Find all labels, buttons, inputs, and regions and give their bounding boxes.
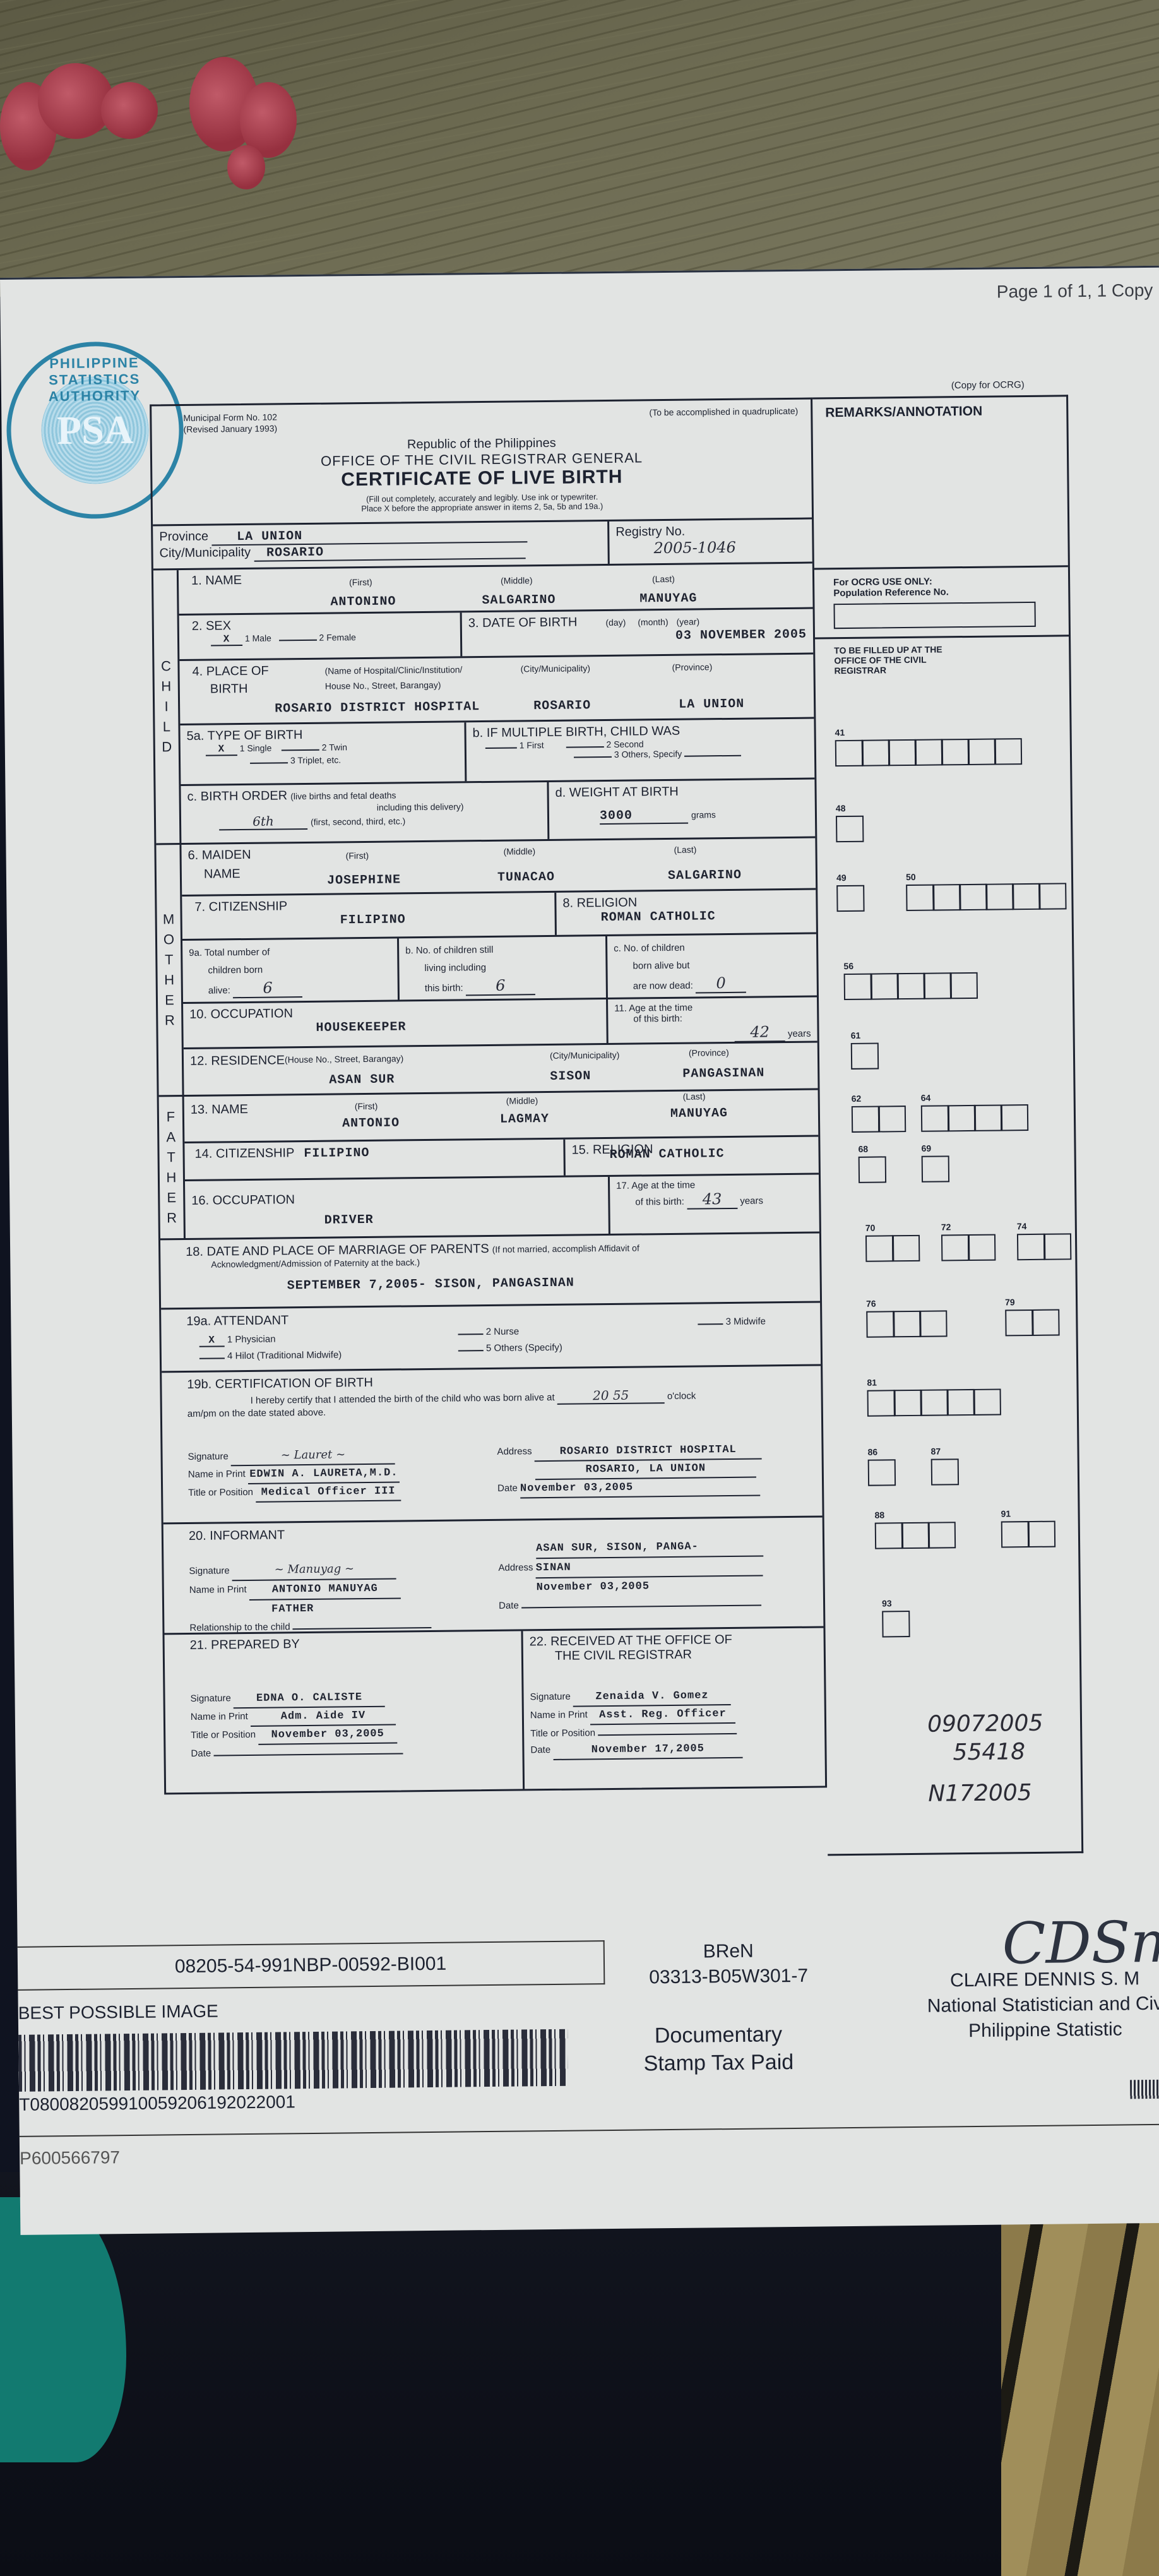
divider [20, 2124, 1159, 2137]
code-cell[interactable] [919, 1310, 947, 1337]
father-occupation-row: 16. OCCUPATION DRIVER 17. Age at the tim… [185, 1174, 819, 1238]
signer-org: Philippine Statistic [927, 2017, 1159, 2044]
code-group-91: 91 [1001, 1508, 1055, 1548]
code-cell[interactable] [906, 885, 934, 911]
triplet-checkbox[interactable] [250, 762, 288, 764]
city-label: City/Municipality [159, 546, 251, 561]
code-cell[interactable] [1005, 1309, 1033, 1336]
mother-residence-row: 12. RESIDENCE (House No., Street, Barang… [184, 1043, 818, 1095]
mother-religion-field[interactable]: ROMAN CATHOLIC [563, 909, 810, 926]
code-group-41: 41 [835, 725, 1021, 766]
registrar-fill-label: TO BE FILLED UP AT THE OFFICE OF THE CIV… [815, 636, 1069, 682]
child-section: CHILD 1. NAME (First) (Middle) (Last) AN… [153, 564, 815, 845]
code-cell[interactable] [852, 1106, 879, 1132]
code-cell[interactable] [985, 883, 1013, 910]
prepared-by-name-field[interactable]: EDNA O. CALISTE [234, 1690, 385, 1709]
received-date-field[interactable]: November 17,2005 [553, 1741, 742, 1760]
registry-number[interactable]: 2005-1046 [615, 538, 805, 558]
informant-relationship-field[interactable]: FATHER [271, 1603, 314, 1616]
code-cell[interactable] [1043, 1233, 1071, 1260]
wooden-table-background [0, 0, 1159, 297]
code-cell[interactable] [836, 885, 864, 912]
code-cell[interactable] [844, 974, 872, 1000]
signer-block: CLAIRE DENNIS S. M National Statistician… [927, 1966, 1159, 2044]
father-citizenship-field[interactable]: FILIPINO [304, 1146, 369, 1161]
birth-order-label: c. BIRTH ORDER [187, 789, 288, 804]
father-last-name[interactable]: MANUYAG [670, 1106, 728, 1121]
code-cell[interactable] [851, 1042, 879, 1069]
mother-last-name[interactable]: SALGARINO [668, 868, 742, 883]
handwritten-note: 09072005 [927, 1710, 1043, 1738]
code-cell[interactable] [974, 1104, 1002, 1131]
code-group-68: 68 [858, 1143, 885, 1183]
code-cell[interactable] [866, 1311, 894, 1337]
single-birth-checkbox[interactable]: X [206, 743, 237, 756]
code-group-70: 70 [865, 1222, 919, 1262]
hilot-checkbox[interactable] [199, 1357, 225, 1359]
informant-address-field[interactable]: ASAN SUR, SISON, PANGA- [536, 1537, 763, 1559]
mother-occupation-row: 10. OCCUPATION HOUSEKEEPER 11. Age at th… [183, 998, 817, 1050]
physician-checkbox[interactable]: X [199, 1334, 225, 1347]
child-first-name[interactable]: ANTONINO [330, 594, 396, 609]
page-count: Page 1 of 1, 1 Copy [997, 280, 1153, 302]
bren-block: BReN 03313-B05W301-7 [649, 1938, 809, 1991]
code-number: 79 [1005, 1297, 1058, 1308]
dob-label: 3. DATE OF BIRTH [468, 615, 578, 630]
barcode-icon [1130, 2080, 1159, 2099]
code-cell[interactable] [948, 1105, 975, 1131]
code-cell[interactable] [878, 1106, 906, 1132]
code-cell[interactable] [865, 1235, 893, 1261]
mother-residence-city[interactable]: SISON [550, 1069, 591, 1084]
code-group-49: 49 [836, 873, 864, 912]
physician-signature[interactable]: ~ Lauret ~ [231, 1446, 395, 1467]
code-number: 72 [941, 1222, 994, 1232]
birth-order-field[interactable]: 6th [219, 813, 307, 830]
best-image-label: BEST POSSIBLE IMAGE [18, 2001, 218, 2024]
twin-checkbox[interactable] [282, 749, 319, 751]
code-group-88: 88 [875, 1509, 955, 1549]
code-cell[interactable] [836, 816, 864, 842]
child-tag: CHILD [153, 570, 182, 843]
code-cell[interactable] [1001, 1521, 1029, 1547]
code-group-50: 50 [906, 870, 1066, 911]
informant-signature[interactable]: ~ Manuyag ~ [232, 1560, 396, 1582]
patterned-fabric [1001, 2172, 1159, 2576]
code-cell[interactable] [897, 973, 925, 999]
birth-hospital-field[interactable]: ROSARIO DISTRICT HOSPITAL [275, 700, 480, 716]
mother-section: MOTHER 6. MAIDEN NAME (First) (Middle) (… [156, 838, 817, 1097]
code-cell[interactable] [894, 1390, 922, 1416]
father-tag: FATHER [159, 1097, 186, 1238]
seal-ring-text: PHILIPPINE STATISTICS AUTHORITY [10, 354, 179, 405]
father-citizenship-religion-row: 14. CITIZENSHIP FILIPINO 15. RELIGION RO… [184, 1136, 819, 1181]
remarks-column: REMARKS/ANNOTATION For OCRG USE ONLY: Po… [812, 395, 1083, 1856]
code-cell[interactable] [994, 738, 1022, 765]
code-cell[interactable] [1001, 1104, 1028, 1131]
code-cell[interactable] [835, 740, 863, 766]
code-number: 61 [851, 1030, 877, 1041]
handwritten-note: N172005 [928, 1780, 1032, 1807]
population-reference-field[interactable] [833, 602, 1035, 629]
code-group-79: 79 [1005, 1297, 1059, 1337]
code-cell[interactable] [973, 1388, 1001, 1415]
remarks-title: REMARKS/ANNOTATION [812, 397, 1068, 569]
nurse-checkbox[interactable] [458, 1333, 484, 1335]
prepared-by-date-field[interactable]: November 03,2005 [258, 1726, 397, 1745]
code-cell[interactable] [968, 739, 996, 765]
code-group-93: 93 [882, 1598, 909, 1637]
code-number: 64 [921, 1092, 1027, 1103]
mother-residence-province[interactable]: PANGASINAN [682, 1066, 764, 1081]
first-multiple-checkbox[interactable] [485, 747, 517, 749]
code-group-81: 81 [867, 1376, 1000, 1417]
location-row: Province LA UNION City/Municipality ROSA… [153, 520, 812, 571]
code-group-69: 69 [921, 1143, 948, 1182]
children-born-alive-field[interactable]: 6 [233, 979, 302, 998]
birth-city-field[interactable]: ROSARIO [533, 698, 591, 713]
code-group-48: 48 [836, 803, 863, 842]
code-number: 62 [852, 1093, 905, 1104]
code-number: 86 [867, 1446, 894, 1457]
child-last-name[interactable]: MANUYAG [639, 591, 697, 606]
father-middle-name[interactable]: LAGMAY [500, 1112, 549, 1127]
weight-field[interactable]: 3000 [600, 808, 688, 825]
code-number: 91 [1001, 1508, 1054, 1519]
code-group-72: 72 [941, 1222, 995, 1261]
code-cell[interactable] [968, 1234, 996, 1261]
father-section: FATHER 13. NAME (First) (Middle) (Last) … [159, 1090, 819, 1241]
code-group-64: 64 [921, 1092, 1028, 1132]
signer-title: National Statistician and Civ [927, 1991, 1159, 2019]
dob-field[interactable]: 03 NOVEMBER 2005 [468, 628, 807, 646]
father-religion-field[interactable]: ROMAN CATHOLIC [609, 1147, 724, 1162]
code-cell[interactable] [1017, 1234, 1045, 1260]
certification-date-field[interactable]: November 03,2005 [520, 1478, 760, 1498]
form-revision: (Revised January 1993) [183, 422, 277, 435]
sex-female-checkbox[interactable] [279, 640, 317, 641]
code-cell[interactable] [893, 1311, 920, 1337]
attendant-row: 19a. ATTENDANT X 1 Physician 4 Hilot (Tr… [161, 1303, 821, 1373]
children-dead-field[interactable]: 0 [696, 974, 746, 994]
code-cell[interactable] [959, 884, 987, 910]
code-number: 50 [906, 870, 1065, 882]
mother-age-field[interactable]: 42 [735, 1023, 785, 1042]
code-cell[interactable] [901, 1522, 929, 1549]
received-by-title-field[interactable]: Asst. Reg. Officer [590, 1706, 735, 1725]
birth-time-field[interactable]: 20 55 [557, 1387, 665, 1405]
barcode-icon [18, 2029, 568, 2092]
code-cell[interactable] [859, 1156, 886, 1183]
code-number: 93 [882, 1598, 908, 1608]
code-number: 49 [836, 873, 863, 883]
code-cell[interactable] [868, 1459, 896, 1486]
code-cell[interactable] [888, 739, 916, 766]
child-name-row: 1. NAME (First) (Middle) (Last) ANTONINO… [179, 564, 813, 616]
mother-residence-street[interactable]: ASAN SUR [329, 1073, 395, 1088]
ocrg-use-block: For OCRG USE ONLY: Population Reference … [814, 567, 1069, 639]
copy-label: (Copy for OCRG) [951, 379, 1025, 391]
second-multiple-checkbox[interactable] [566, 746, 604, 748]
code-cell[interactable] [920, 1389, 948, 1416]
signer-name: CLAIRE DENNIS S. M [927, 1966, 1159, 1994]
mother-children-row: 9a. Total number of children born alive:… [182, 934, 817, 1005]
code-number: 70 [865, 1222, 918, 1233]
code-number: 87 [930, 1446, 957, 1456]
handwritten-note: 55418 [953, 1739, 1025, 1765]
code-number: 74 [1017, 1220, 1070, 1231]
stamp-tax-note: Documentary Stamp Tax Paid [643, 2020, 793, 2077]
code-cell[interactable] [1038, 883, 1066, 909]
code-cell[interactable] [915, 739, 942, 765]
certification-row: 19b. CERTIFICATION OF BIRTH I hereby cer… [162, 1366, 822, 1524]
code-cell[interactable] [875, 1522, 903, 1549]
mother-tag: MOTHER [156, 845, 184, 1095]
code-cell[interactable] [941, 739, 969, 765]
informant-date-field[interactable]: November 03,2005 [537, 1580, 650, 1594]
form-header: Municipal Form No. 102 (Revised January … [152, 400, 812, 527]
code-cell[interactable] [928, 1522, 956, 1548]
code-cell[interactable] [1031, 1309, 1059, 1336]
prepared-received-row: 21. PREPARED BY Signature EDNA O. CALIST… [165, 1628, 826, 1792]
code-cell[interactable] [922, 1155, 949, 1182]
code-group-74: 74 [1017, 1220, 1071, 1260]
others-specify-field[interactable] [684, 755, 741, 757]
city-field[interactable]: ROSARIO [254, 543, 525, 562]
informant-name-field[interactable]: ANTONIO MANUYAG [249, 1580, 401, 1601]
code-number: 81 [867, 1376, 999, 1388]
marriage-row: 18. DATE AND PLACE OF MARRIAGE OF PARENT… [160, 1233, 820, 1309]
reference-number-box: 08205-54-991NBP-00592-BI001 [18, 1940, 605, 1991]
code-group-87: 87 [930, 1446, 958, 1485]
code-cell[interactable] [947, 1389, 975, 1416]
code-group-76: 76 [866, 1297, 946, 1337]
code-cell[interactable] [1012, 883, 1040, 910]
physician-name-field[interactable]: EDWIN A. LAURETA,M.D. [248, 1465, 400, 1484]
code-cell[interactable] [941, 1234, 969, 1261]
form-number: Municipal Form No. 102 [183, 411, 277, 424]
code-cell[interactable] [931, 1458, 959, 1485]
child-middle-name[interactable]: SALGARINO [482, 593, 556, 608]
father-age-field[interactable]: 43 [687, 1190, 737, 1210]
code-number: 69 [921, 1143, 948, 1153]
code-cell[interactable] [924, 972, 951, 999]
code-cell[interactable] [862, 739, 889, 766]
bren-number: 03313-B05W301-7 [649, 1964, 808, 1991]
father-name-row: 13. NAME (First) (Middle) (Last) ANTONIO… [184, 1090, 819, 1144]
code-group-56: 56 [843, 960, 977, 1000]
sex-dob-row: 2. SEX X 1 Male 2 Female 3. DATE OF BIRT… [179, 609, 814, 662]
code-cell[interactable] [871, 973, 898, 999]
code-group-62: 62 [852, 1093, 905, 1133]
code-cell[interactable] [1028, 1521, 1055, 1547]
certificate-form: Municipal Form No. 102 (Revised January … [150, 398, 827, 1795]
code-cell[interactable] [892, 1235, 920, 1261]
mother-middle-name[interactable]: TUNACAO [497, 870, 555, 885]
code-number: 48 [836, 803, 862, 813]
prepared-by-title-field[interactable]: Adm. Aide IV [251, 1708, 396, 1727]
birth-province-field[interactable]: LA UNION [679, 697, 744, 712]
code-number: 41 [835, 725, 1021, 737]
code-group-86: 86 [867, 1446, 895, 1486]
birth-order-weight-row: c. BIRTH ORDER (live births and fetal de… [181, 780, 815, 844]
physician-title-field[interactable]: Medical Officer III [256, 1483, 401, 1502]
child-name-label: 1. NAME [191, 573, 242, 588]
father-occupation-field[interactable]: DRIVER [191, 1204, 602, 1229]
code-cell[interactable] [867, 1390, 895, 1416]
sex-male-checkbox[interactable]: X [211, 633, 242, 647]
birth-certificate-document: Page 1 of 1, 1 Copy PHILIPPINE STATISTIC… [0, 266, 1159, 2235]
barcode-number: T08008205991005920619202200​1 [19, 2092, 295, 2115]
code-number: 76 [866, 1297, 946, 1308]
code-number: 68 [858, 1143, 884, 1154]
paper-control-number: P600566797 [20, 2147, 120, 2169]
physician-address-field[interactable]: ROSARIO DISTRICT HOSPITAL [535, 1441, 762, 1462]
flower-decoration [0, 44, 404, 196]
quadruplicate-note: (To be accomplished in quadruplicate) [649, 406, 798, 417]
registry-label: Registry No. [615, 523, 805, 540]
others-attendant-checkbox[interactable] [458, 1350, 484, 1351]
code-group-61: 61 [851, 1030, 878, 1070]
code-number: 56 [843, 960, 976, 971]
birth-type-row: 5a. TYPE OF BIRTH X 1 Single 2 Twin 3 Tr… [180, 719, 814, 787]
midwife-checkbox[interactable] [698, 1323, 723, 1325]
place-of-birth-row: 4. PLACE OF BIRTH (Name of Hospital/Clin… [179, 655, 814, 726]
province-label: Province [159, 530, 208, 544]
others-multiple-checkbox[interactable] [574, 756, 612, 758]
father-first-name[interactable]: ANTONIO [342, 1116, 400, 1131]
mother-citizenship-religion-row: 7. CITIZENSHIP FILIPINO 8. RELIGION ROMA… [182, 890, 816, 941]
received-by-name-field[interactable]: Zenaida V. Gomez [573, 1688, 731, 1707]
code-number: 88 [875, 1509, 954, 1520]
mother-first-name[interactable]: JOSEPHINE [327, 873, 401, 888]
mother-name-row: 6. MAIDEN NAME (First) (Middle) (Last) J… [181, 838, 816, 897]
code-cell[interactable] [950, 972, 978, 999]
informant-row: 20. INFORMANT Signature ~ Manuyag ~ Name… [163, 1517, 824, 1635]
code-cell[interactable] [921, 1105, 949, 1131]
code-cell[interactable] [882, 1611, 910, 1637]
code-cell[interactable] [932, 884, 960, 910]
children-living-field[interactable]: 6 [466, 976, 535, 996]
